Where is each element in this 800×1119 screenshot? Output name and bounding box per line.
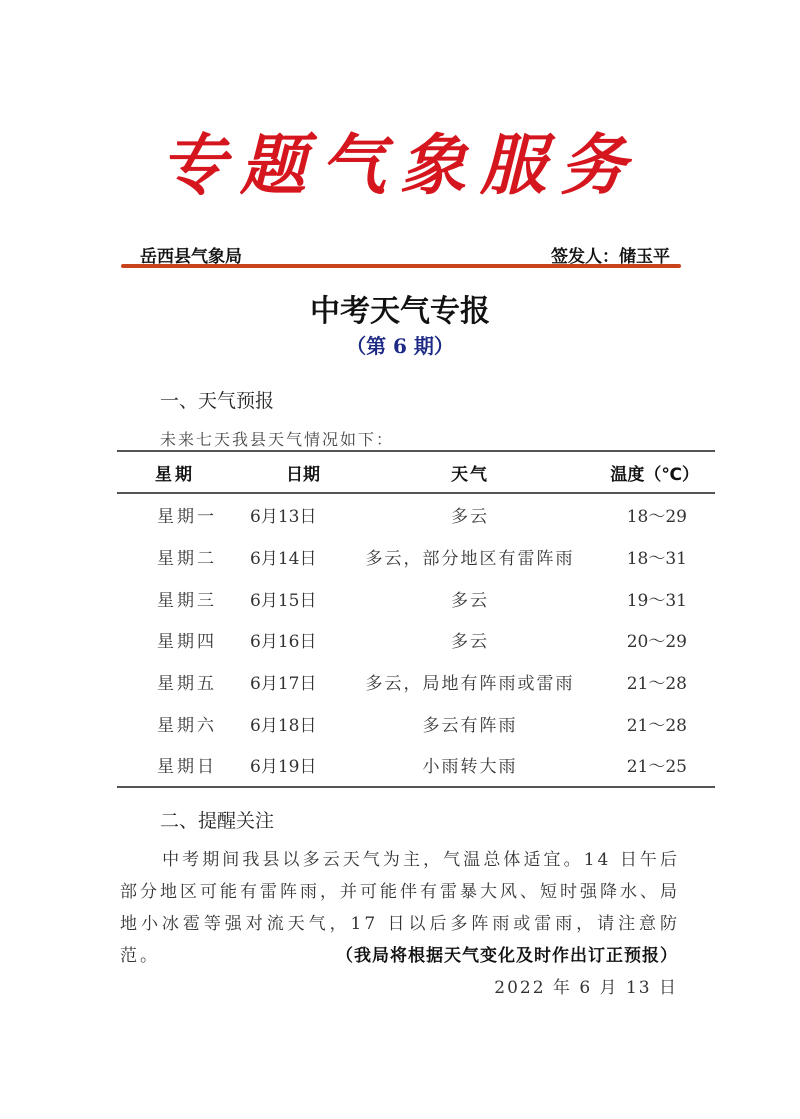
date-cell: 6月14日 bbox=[250, 544, 350, 569]
date-cell: 6月18日 bbox=[250, 711, 350, 736]
temperature-cell: 21～25 bbox=[590, 752, 715, 777]
header-weather: 天气 bbox=[350, 460, 590, 485]
date-cell: 6月19日 bbox=[250, 752, 350, 777]
weather-cell: 多云，局地有阵雨或雷雨 bbox=[350, 669, 590, 694]
table-row: 星期三6月15日多云19～31 bbox=[117, 577, 715, 619]
date-cell: 6月15日 bbox=[250, 586, 350, 611]
table-row: 星期一6月13日多云18～29 bbox=[117, 494, 715, 536]
header-divider bbox=[121, 264, 681, 268]
weather-cell: 多云，部分地区有雷阵雨 bbox=[350, 544, 590, 569]
table-row: 星期五6月17日多云，局地有阵雨或雷雨21～28 bbox=[117, 661, 715, 703]
weather-cell: 小雨转大雨 bbox=[350, 752, 590, 777]
table-bottom-rule bbox=[117, 786, 715, 788]
table-row: 星期二6月14日多云，部分地区有雷阵雨18～31 bbox=[117, 536, 715, 578]
weather-cell: 多云 bbox=[350, 502, 590, 527]
temperature-cell: 20～29 bbox=[590, 627, 715, 652]
section-heading-forecast: 一、天气预报 bbox=[160, 386, 274, 413]
section-heading-reminder: 二、提醒关注 bbox=[160, 806, 274, 833]
header-date: 日期 bbox=[250, 460, 350, 485]
table-body: 星期一6月13日多云18～29星期二6月14日多云，部分地区有雷阵雨18～31星… bbox=[117, 494, 715, 786]
table-header-row: 星期 日期 天气 温度（℃） bbox=[117, 452, 715, 492]
temperature-cell: 19～31 bbox=[590, 586, 715, 611]
date-cell: 6月16日 bbox=[250, 627, 350, 652]
header-temperature: 温度（℃） bbox=[590, 460, 715, 485]
temperature-cell: 18～29 bbox=[590, 502, 715, 527]
weather-cell: 多云 bbox=[350, 586, 590, 611]
weather-cell: 多云有阵雨 bbox=[350, 711, 590, 736]
weekday-cell: 星期六 bbox=[117, 711, 250, 736]
date-cell: 6月17日 bbox=[250, 669, 350, 694]
forecast-table: 星期 日期 天气 温度（℃） 星期一6月13日多云18～29星期二6月14日多云… bbox=[117, 450, 715, 788]
header-weekday: 星期 bbox=[117, 460, 250, 485]
issue-number: （第 6 期） bbox=[0, 330, 800, 359]
weekday-cell: 星期四 bbox=[117, 627, 250, 652]
forecast-intro: 未来七天我县天气情况如下： bbox=[160, 427, 394, 450]
weather-cell: 多云 bbox=[350, 627, 590, 652]
temperature-cell: 21～28 bbox=[590, 669, 715, 694]
correction-note: （我局将根据天气变化及时作出订正预报） bbox=[336, 941, 678, 966]
weekday-cell: 星期一 bbox=[117, 502, 250, 527]
masthead-title: 专题气象服务 bbox=[0, 112, 800, 207]
weekday-cell: 星期日 bbox=[117, 752, 250, 777]
table-row: 星期日6月19日小雨转大雨21～25 bbox=[117, 744, 715, 786]
issue-date: 2022 年 6 月 13 日 bbox=[494, 973, 678, 998]
weekday-cell: 星期五 bbox=[117, 669, 250, 694]
temperature-cell: 21～28 bbox=[590, 711, 715, 736]
table-row: 星期六6月18日多云有阵雨21～28 bbox=[117, 702, 715, 744]
weekday-cell: 星期三 bbox=[117, 586, 250, 611]
document-title: 中考天气专报 bbox=[0, 286, 800, 330]
table-row: 星期四6月16日多云20～29 bbox=[117, 619, 715, 661]
weekday-cell: 星期二 bbox=[117, 544, 250, 569]
date-cell: 6月13日 bbox=[250, 502, 350, 527]
temperature-cell: 18～31 bbox=[590, 544, 715, 569]
